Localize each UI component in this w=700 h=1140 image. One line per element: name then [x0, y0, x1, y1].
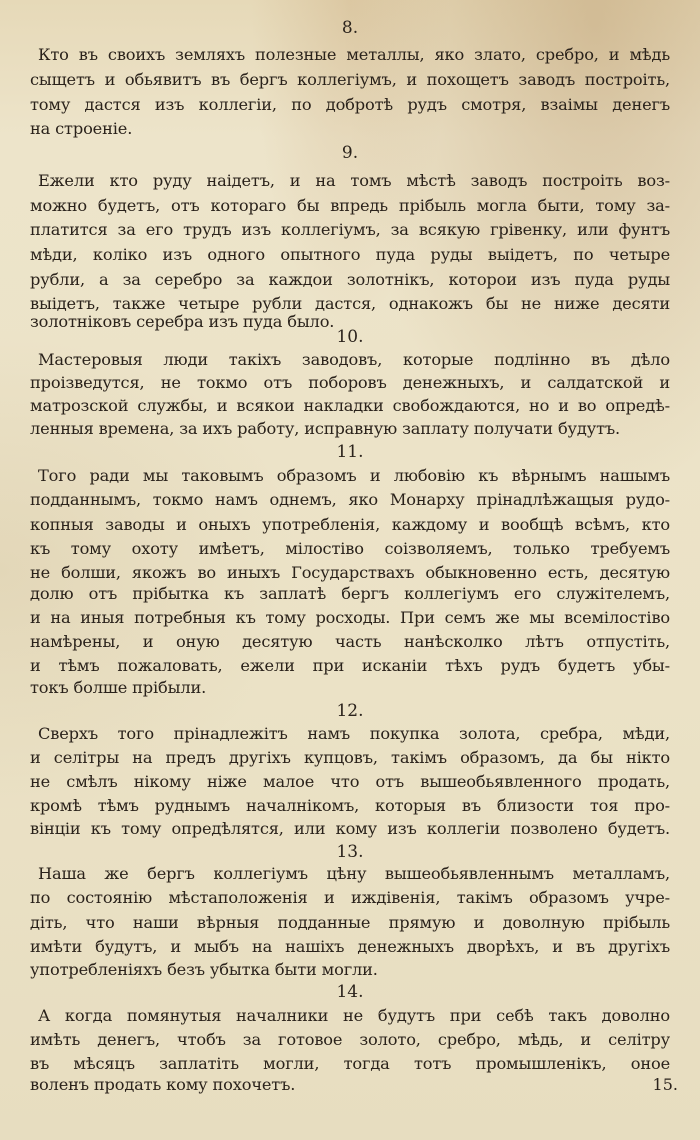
text-line: проiзведутся, не токмо отъ поборовъ дене…	[30, 373, 670, 393]
text-line: матрозской службы, и всякои накладки сво…	[30, 396, 670, 416]
text-line: и селiтры на предъ другiхъ купцовъ, такi…	[30, 748, 670, 768]
text-line: дiть, что наши вѣрныя подданные прямую и…	[30, 913, 670, 933]
text-line: сыщетъ и обьявитъ въ бергъ коллегiумъ, и…	[30, 70, 670, 90]
text-line: кромѣ тѣмъ руднымъ началнiкомъ, которыя …	[30, 796, 670, 816]
text-line: платится за его трудъ изъ коллегiумъ, за…	[30, 220, 670, 240]
clause-number: 12.	[0, 701, 700, 721]
text-line: токъ болше прiбыли.	[30, 678, 670, 698]
text-line: рубли, а за серебро за каждои золотнiкъ,…	[30, 270, 670, 290]
text-line: не болши, якожъ во иныхъ Государствахъ о…	[30, 563, 670, 583]
text-line: къ тому охоту имѣетъ, мiлостiво соiзволя…	[30, 539, 670, 559]
text-line: подданнымъ, токмо намъ однемъ, яко Монар…	[30, 490, 670, 510]
clause-number: 10.	[0, 327, 700, 347]
clause-number: 11.	[0, 442, 700, 462]
text-line: вiнцiи къ тому опредѣлятся, или кому изъ…	[30, 819, 670, 839]
text-line: по состоянiю мѣстаположенiя и иждiвенiя,…	[30, 888, 670, 908]
text-line: Кто въ своихъ земляхъ полезные металлы, …	[38, 45, 670, 65]
text-line: Сверхъ того прiнадлежiтъ намъ покупка зо…	[38, 724, 670, 744]
text-line: можно будетъ, отъ котораго бы впредь прi…	[30, 196, 670, 216]
text-line: тому дастся изъ коллегiи, по добротѣ руд…	[30, 95, 670, 115]
text-line: намѣрены, и оную десятую часть нанѣсколк…	[30, 632, 670, 652]
text-line: употребленiяхъ безъ убытка быти могли.	[30, 960, 670, 980]
clause-number: 9.	[0, 143, 700, 163]
text-line: и на иныя потребныя къ тому росходы. При…	[30, 608, 670, 628]
clause-number: 14.	[0, 982, 700, 1002]
document-page: 8. Кто въ своихъ земляхъ полезные металл…	[0, 0, 700, 1140]
clause-number: 13.	[0, 842, 700, 862]
catchword: 15.	[653, 1075, 678, 1095]
text-line: на строенiе.	[30, 119, 670, 139]
text-line: Наша же бергъ коллегiумъ цѣну вышеобьявл…	[38, 864, 670, 884]
text-line: долю отъ прiбытка къ заплатѣ бергъ колле…	[30, 584, 670, 604]
text-line: Того ради мы таковымъ образомъ и любовiю…	[38, 466, 670, 486]
text-line: имѣть денегъ, чтобъ за готовое золото, с…	[30, 1030, 670, 1050]
text-line: въ мѣсяцъ заплатiть могли, тогда тотъ пр…	[30, 1054, 670, 1074]
text-line: ленныя времена, за ихъ работу, исправную…	[30, 419, 670, 439]
text-line: мѣди, колiко изъ одного опытного пуда ру…	[30, 245, 670, 265]
text-line: воленъ продать кому похочетъ.	[30, 1075, 510, 1095]
text-line: и тѣмъ пожаловать, ежели при исканiи тѣх…	[30, 656, 670, 676]
text-line: Мастеровыя люди такiхъ заводовъ, которые…	[38, 350, 670, 370]
text-line: копныя заводы и оныхъ употребленiя, кажд…	[30, 515, 670, 535]
clause-number: 8.	[0, 18, 700, 38]
text-line: имѣти будутъ, и мыбъ на нашiхъ денежныхъ…	[30, 937, 670, 957]
text-line: не смѣлъ нiкому нiже малое что отъ вышео…	[30, 772, 670, 792]
text-line: А когда помянутыя началники не будутъ пр…	[38, 1006, 670, 1026]
text-line: выiдетъ, также четыре рубли дастся, одна…	[30, 294, 670, 314]
text-line: Ежели кто руду наiдетъ, и на томъ мѣстѣ …	[38, 171, 670, 191]
